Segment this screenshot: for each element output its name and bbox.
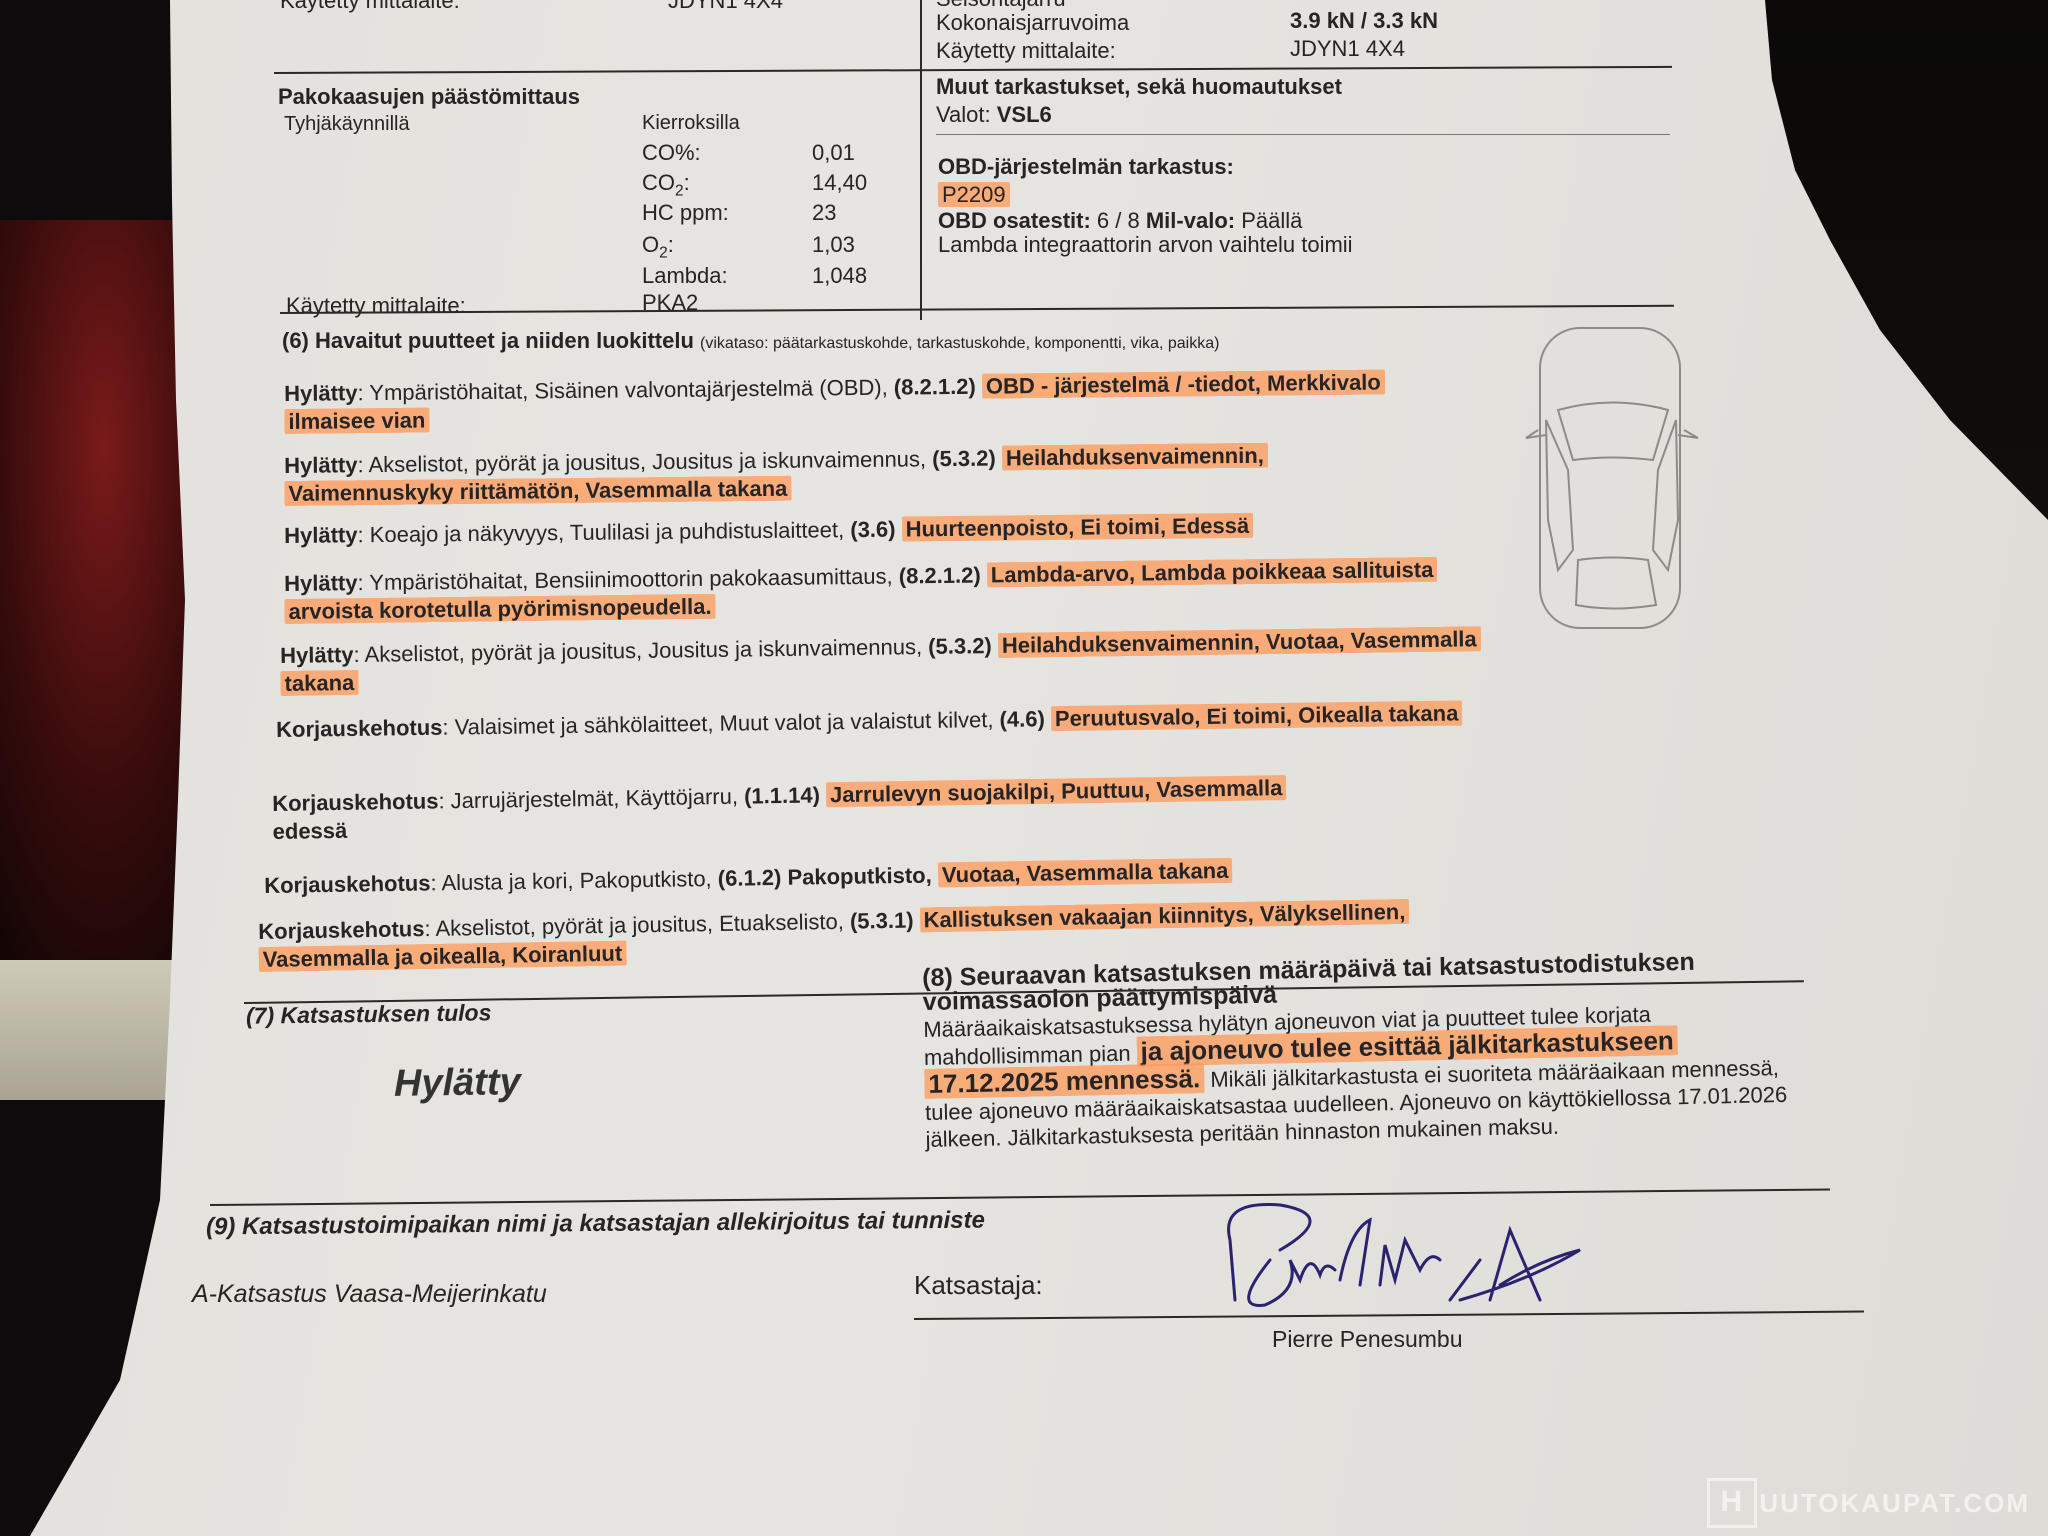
next-inspection-section: (8) Seuraavan katsastuksen määräpäivä ta… [922,948,1806,1153]
defect-category: : Akselistot, pyörät ja jousitus, Jousit… [353,634,928,667]
obd-code-value: P2209 [938,182,1010,207]
defect-category: : Ympäristöhaitat, Bensiinimoottorin pak… [357,563,899,595]
defect-severity: Korjauskehotus [276,715,443,742]
emissions-title: Pakokaasujen päästömittaus [278,84,580,110]
inspector-label: Katsastaja: [914,1270,1043,1301]
defect-description: Jarrulevyn suojakilpi, Puuttuu, Vasemmal… [826,775,1287,807]
lights-label: Valot: [936,102,991,127]
other-checks-title: Muut tarkastukset, sekä huomautukset [936,74,1342,100]
defect-code: (1.1.14) [744,782,826,808]
defect-code: (4.6) [999,706,1051,732]
defect-code: (5.3.2) [932,445,1002,471]
mil-label: Mil-valo: [1146,208,1235,233]
hc-label: HC ppm: [642,200,729,226]
defect-severity: Korjauskehotus [258,916,425,944]
inspection-report-paper: Käytetty mittalaite: JDYN1 4X4 Seisontaj… [0,0,2048,1536]
defects-title: (6) Havaitut puutteet ja niiden luokitte… [282,328,1219,354]
defect-description: Peruutusvalo, Ei toimi, Oikealla takana [1051,700,1463,731]
defect-item: Hylätty: Akselistot, pyörät ja jousitus,… [280,625,1521,698]
lambda-label: Lambda: [642,263,728,289]
watermark: H UUTOKAUPAT.COM [1707,1478,2030,1528]
obd-code: P2209 [938,182,1010,208]
mil-value: Päällä [1241,208,1302,233]
defect-item: Hylätty: Ympäristöhaitat, Bensiinimootto… [284,555,1485,626]
defect-category: : Koeajo ja näkyvyys, Tuulilasi ja puhdi… [357,517,850,547]
column-divider [920,0,922,320]
top-device-value: JDYN1 4X4 [668,0,783,14]
defect-code: (5.3.2) [928,633,998,659]
defect-code: (3.6) [850,517,902,543]
defect-severity: Hylätty [284,380,358,406]
defect-code: (5.3.1) [850,907,920,933]
emissions-device-label: Käytetty mittalaite: [286,293,466,319]
co2-label: CO2: [642,170,690,200]
o2-value: 1,03 [812,232,855,258]
obd-subtests-value: 6 / 8 [1097,208,1140,233]
defect-item: Hylätty: Akselistot, pyörät ja jousitus,… [284,440,1395,508]
next-inspection-text: Määräaikaiskatsastuksessa hylätyn ajoneu… [923,998,1806,1153]
signature-icon [1210,1190,1770,1320]
station-name: A-Katsastus Vaasa-Meijerinkatu [192,1280,547,1309]
watermark-logo-icon: H [1707,1478,1757,1528]
idle-label: Tyhjäkäynnillä [284,113,410,136]
hc-value: 23 [812,200,836,226]
defect-severity: Hylätty [284,452,358,478]
brake-device-value: JDYN1 4X4 [1290,36,1405,62]
defect-code: (8.2.1.2) [894,374,982,400]
defect-code: (6.1.2) Pakoputkisto, [718,862,938,890]
signature-title: (9) Katsastustoimipaikan nimi ja katsast… [206,1207,985,1242]
defect-severity: Hylätty [280,642,354,668]
divider-line [280,305,1674,314]
defect-item: Korjauskehotus: Jarrujärjestelmät, Käytt… [272,771,1473,846]
co2-value: 14,40 [812,170,867,196]
total-brake-label: Kokonaisjarruvoima [936,10,1129,36]
defect-category: : Valaisimet ja sähkölaitteet, Muut valo… [442,707,999,740]
obd-title: OBD-järjestelmän tarkastus: [938,154,1234,180]
emissions-device-value: PKA2 [642,290,698,316]
top-device-label: Käytetty mittalaite: [280,0,460,14]
defect-item: Korjauskehotus: Valaisimet ja sähkölaitt… [276,699,1476,744]
co-label: CO%: [642,140,701,166]
lambda-note: Lambda integraattorin arvon vaihtelu toi… [938,232,1353,258]
lambda-value: 1,048 [812,263,867,289]
defect-severity: Hylätty [284,522,358,548]
divider-thin [936,134,1670,135]
co-value: 0,01 [812,140,855,166]
result-title: (7) Katsastuksen tulos [246,999,492,1029]
defect-severity: Korjauskehotus [272,788,439,816]
defect-item: Hylätty: Ympäristöhaitat, Sisäinen valvo… [284,368,1395,436]
defect-severity: Hylätty [284,570,358,596]
defect-category: : Akselistot, pyörät ja jousitus, Jousit… [357,446,932,477]
defect-description: Huurteenpoisto, Ei toimi, Edessä [902,513,1254,542]
obd-subtests-label: OBD osatestit: [938,208,1091,233]
defect-severity: Korjauskehotus [264,870,431,898]
defect-category: : Alusta ja kori, Pakoputkisto, [430,866,718,896]
defect-category: : Jarrujärjestelmät, Käyttöjarru, [438,784,744,814]
inspector-name: Pierre Penesumbu [1272,1326,1463,1353]
result-value: Hylätty [394,1061,521,1106]
brake-device-label: Käytetty mittalaite: [936,38,1116,64]
obd-subtests-row: OBD osatestit: 6 / 8 Mil-valo: Päällä [938,208,1302,234]
defect-code: (8.2.1.2) [899,562,987,588]
car-diagram-icon [1518,320,1708,640]
defect-item: Korjauskehotus: Alusta ja kori, Pakoputk… [264,853,1504,900]
defect-category: : Ympäristöhaitat, Sisäinen valvontajärj… [357,375,894,406]
defect-item: Hylätty: Koeajo ja näkyvyys, Tuulilasi j… [284,510,1394,550]
defects-subtitle: (vikataso: päätarkastuskohde, tarkastusk… [700,335,1219,352]
lights-row: Valot: VSL6 [936,102,1052,128]
total-brake-value: 3.9 kN / 3.3 kN [1290,8,1438,34]
defect-category: : Akselistot, pyörät ja jousitus, Etuaks… [424,909,850,941]
watermark-text: UUTOKAUPAT.COM [1759,1488,2030,1519]
lights-value: VSL6 [997,102,1052,127]
divider-line [274,66,1672,74]
rpm-label: Kierroksilla [642,112,740,135]
o2-label: O2: [642,232,674,262]
defect-description: Vuotaa, Vasemmalla takana [938,858,1233,888]
